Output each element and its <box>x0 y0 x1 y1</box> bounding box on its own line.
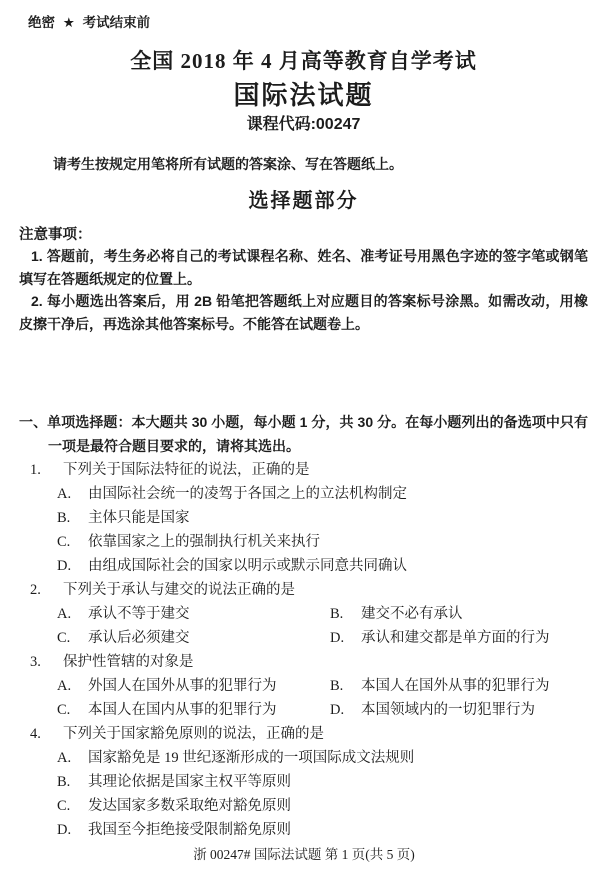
question-stem-text: 下列关于承认与建交的说法正确的是 <box>63 582 295 598</box>
option-b: B.建交不必有承认 <box>330 602 588 626</box>
option-label: B. <box>330 602 361 626</box>
option-text: 外国人在国外从事的犯罪行为 <box>88 678 277 694</box>
option-d: D.我国至今拒绝接受限制豁免原则 <box>19 818 588 842</box>
question-number: 2. <box>30 578 63 602</box>
option-d: D.承认和建交都是单方面的行为 <box>330 626 588 650</box>
option-label: B. <box>57 770 88 794</box>
paper-title: 国际法试题 <box>19 78 588 112</box>
option-text: 发达国家多数采取绝对豁免原则 <box>88 798 291 814</box>
question-number: 3. <box>30 650 63 674</box>
question-stem: 4.下列关于国家豁免原则的说法，正确的是 <box>19 722 588 746</box>
option-text: 其理论依据是国家主权平等原则 <box>88 774 291 790</box>
option-label: A. <box>57 482 88 506</box>
option-text: 我国至今拒绝接受限制豁免原则 <box>88 822 291 838</box>
option-text: 承认和建交都是单方面的行为 <box>361 630 550 646</box>
part-one-heading-text: 单项选择题：本大题共 30 小题，每小题 1 分，共 30 分。在每小题列出的备… <box>47 414 588 454</box>
option-a: A.由国际社会统一的凌驾于各国之上的立法机构制定 <box>19 482 588 506</box>
option-text: 承认不等于建交 <box>88 606 190 622</box>
question-2: 2.下列关于承认与建交的说法正确的是 A.承认不等于建交 B.建交不必有承认 C… <box>19 578 588 650</box>
option-text: 依靠国家之上的强制执行机关来执行 <box>88 534 320 550</box>
question-stem-text: 保护性管辖的对象是 <box>63 654 194 670</box>
notice-item-1: 1. 答题前，考生务必将自己的考试课程名称、姓名、准考证号用黑色字迹的签字笔或钢… <box>19 245 588 290</box>
option-label: A. <box>57 602 88 626</box>
exam-paper-page: 绝密 ★ 考试结束前 全国 2018 年 4 月高等教育自学考试 国际法试题 课… <box>0 0 608 874</box>
option-label: C. <box>57 626 88 650</box>
option-c: C.承认后必须建交 <box>57 626 330 650</box>
option-label: B. <box>57 506 88 530</box>
option-a: A.国家豁免是 19 世纪逐渐形成的一项国际成文法规则 <box>19 746 588 770</box>
question-stem-text: 下列关于国际法特征的说法，正确的是 <box>63 462 310 478</box>
option-text: 由国际社会统一的凌驾于各国之上的立法机构制定 <box>88 486 407 502</box>
option-label: D. <box>330 626 361 650</box>
question-3: 3.保护性管辖的对象是 A.外国人在国外从事的犯罪行为 B.本国人在国外从事的犯… <box>19 650 588 722</box>
option-row: A.外国人在国外从事的犯罪行为 B.本国人在国外从事的犯罪行为 <box>19 674 588 698</box>
question-stem-text: 下列关于国家豁免原则的说法，正确的是 <box>63 726 324 742</box>
option-a: A.外国人在国外从事的犯罪行为 <box>57 674 330 698</box>
option-text: 承认后必须建交 <box>88 630 190 646</box>
option-d: D.本国领域内的一切犯罪行为 <box>330 698 588 722</box>
option-label: C. <box>57 698 88 722</box>
answer-sheet-instruction: 请考生按规定用笔将所有试题的答案涂、写在答题纸上。 <box>19 153 588 175</box>
question-stem: 2.下列关于承认与建交的说法正确的是 <box>19 578 588 602</box>
option-text: 本国人在国内从事的犯罪行为 <box>88 702 277 718</box>
option-label: D. <box>57 554 88 578</box>
option-label: D. <box>57 818 88 842</box>
option-d: D.由组成国际社会的国家以明示或默示同意共同确认 <box>19 554 588 578</box>
question-number: 4. <box>30 722 63 746</box>
exam-phase-label: 考试结束前 <box>83 15 151 30</box>
option-text: 本国领域内的一切犯罪行为 <box>361 702 535 718</box>
question-4: 4.下列关于国家豁免原则的说法，正确的是 A.国家豁免是 19 世纪逐渐形成的一… <box>19 722 588 842</box>
page-footer: 浙 00247# 国际法试题 第 1 页(共 5 页) <box>0 846 608 864</box>
option-text: 国家豁免是 19 世纪逐渐形成的一项国际成文法规则 <box>88 750 414 766</box>
question-stem: 3.保护性管辖的对象是 <box>19 650 588 674</box>
question-number: 1. <box>30 458 63 482</box>
option-c: C.发达国家多数采取绝对豁免原则 <box>19 794 588 818</box>
exam-title: 全国 2018 年 4 月高等教育自学考试 <box>19 46 588 76</box>
option-row: A.承认不等于建交 B.建交不必有承认 <box>19 602 588 626</box>
option-text: 主体只能是国家 <box>88 510 190 526</box>
option-c: C.依靠国家之上的强制执行机关来执行 <box>19 530 588 554</box>
option-label: A. <box>57 674 88 698</box>
classification-label: 绝密 <box>28 15 55 30</box>
course-code: 课程代码:00247 <box>19 114 588 136</box>
part-one-heading: 一、单项选择题：本大题共 30 小题，每小题 1 分，共 30 分。在每小题列出… <box>19 410 588 458</box>
notice-title: 注意事项： <box>19 225 588 245</box>
option-b: B.主体只能是国家 <box>19 506 588 530</box>
option-label: A. <box>57 746 88 770</box>
option-label: B. <box>330 674 361 698</box>
option-a: A.承认不等于建交 <box>57 602 330 626</box>
option-c: C.本国人在国内从事的犯罪行为 <box>57 698 330 722</box>
classification-line: 绝密 ★ 考试结束前 <box>19 14 588 32</box>
questions-area: 1.下列关于国际法特征的说法，正确的是 A.由国际社会统一的凌驾于各国之上的立法… <box>19 458 588 842</box>
option-label: C. <box>57 530 88 554</box>
option-label: C. <box>57 794 88 818</box>
option-b: B.本国人在国外从事的犯罪行为 <box>330 674 588 698</box>
question-1: 1.下列关于国际法特征的说法，正确的是 A.由国际社会统一的凌驾于各国之上的立法… <box>19 458 588 578</box>
question-stem: 1.下列关于国际法特征的说法，正确的是 <box>19 458 588 482</box>
star-icon: ★ <box>63 15 75 30</box>
option-text: 本国人在国外从事的犯罪行为 <box>361 678 550 694</box>
option-row: C.本国人在国内从事的犯罪行为 D.本国领域内的一切犯罪行为 <box>19 698 588 722</box>
part-one-marker: 一、 <box>19 414 47 430</box>
notice-item-2: 2. 每小题选出答案后，用 2B 铅笔把答题纸上对应题目的答案标号涂黑。如需改动… <box>19 290 588 335</box>
section-heading: 选择题部分 <box>19 187 588 215</box>
option-label: D. <box>330 698 361 722</box>
option-row: C.承认后必须建交 D.承认和建交都是单方面的行为 <box>19 626 588 650</box>
option-text: 由组成国际社会的国家以明示或默示同意共同确认 <box>88 558 407 574</box>
option-b: B.其理论依据是国家主权平等原则 <box>19 770 588 794</box>
option-text: 建交不必有承认 <box>361 606 463 622</box>
